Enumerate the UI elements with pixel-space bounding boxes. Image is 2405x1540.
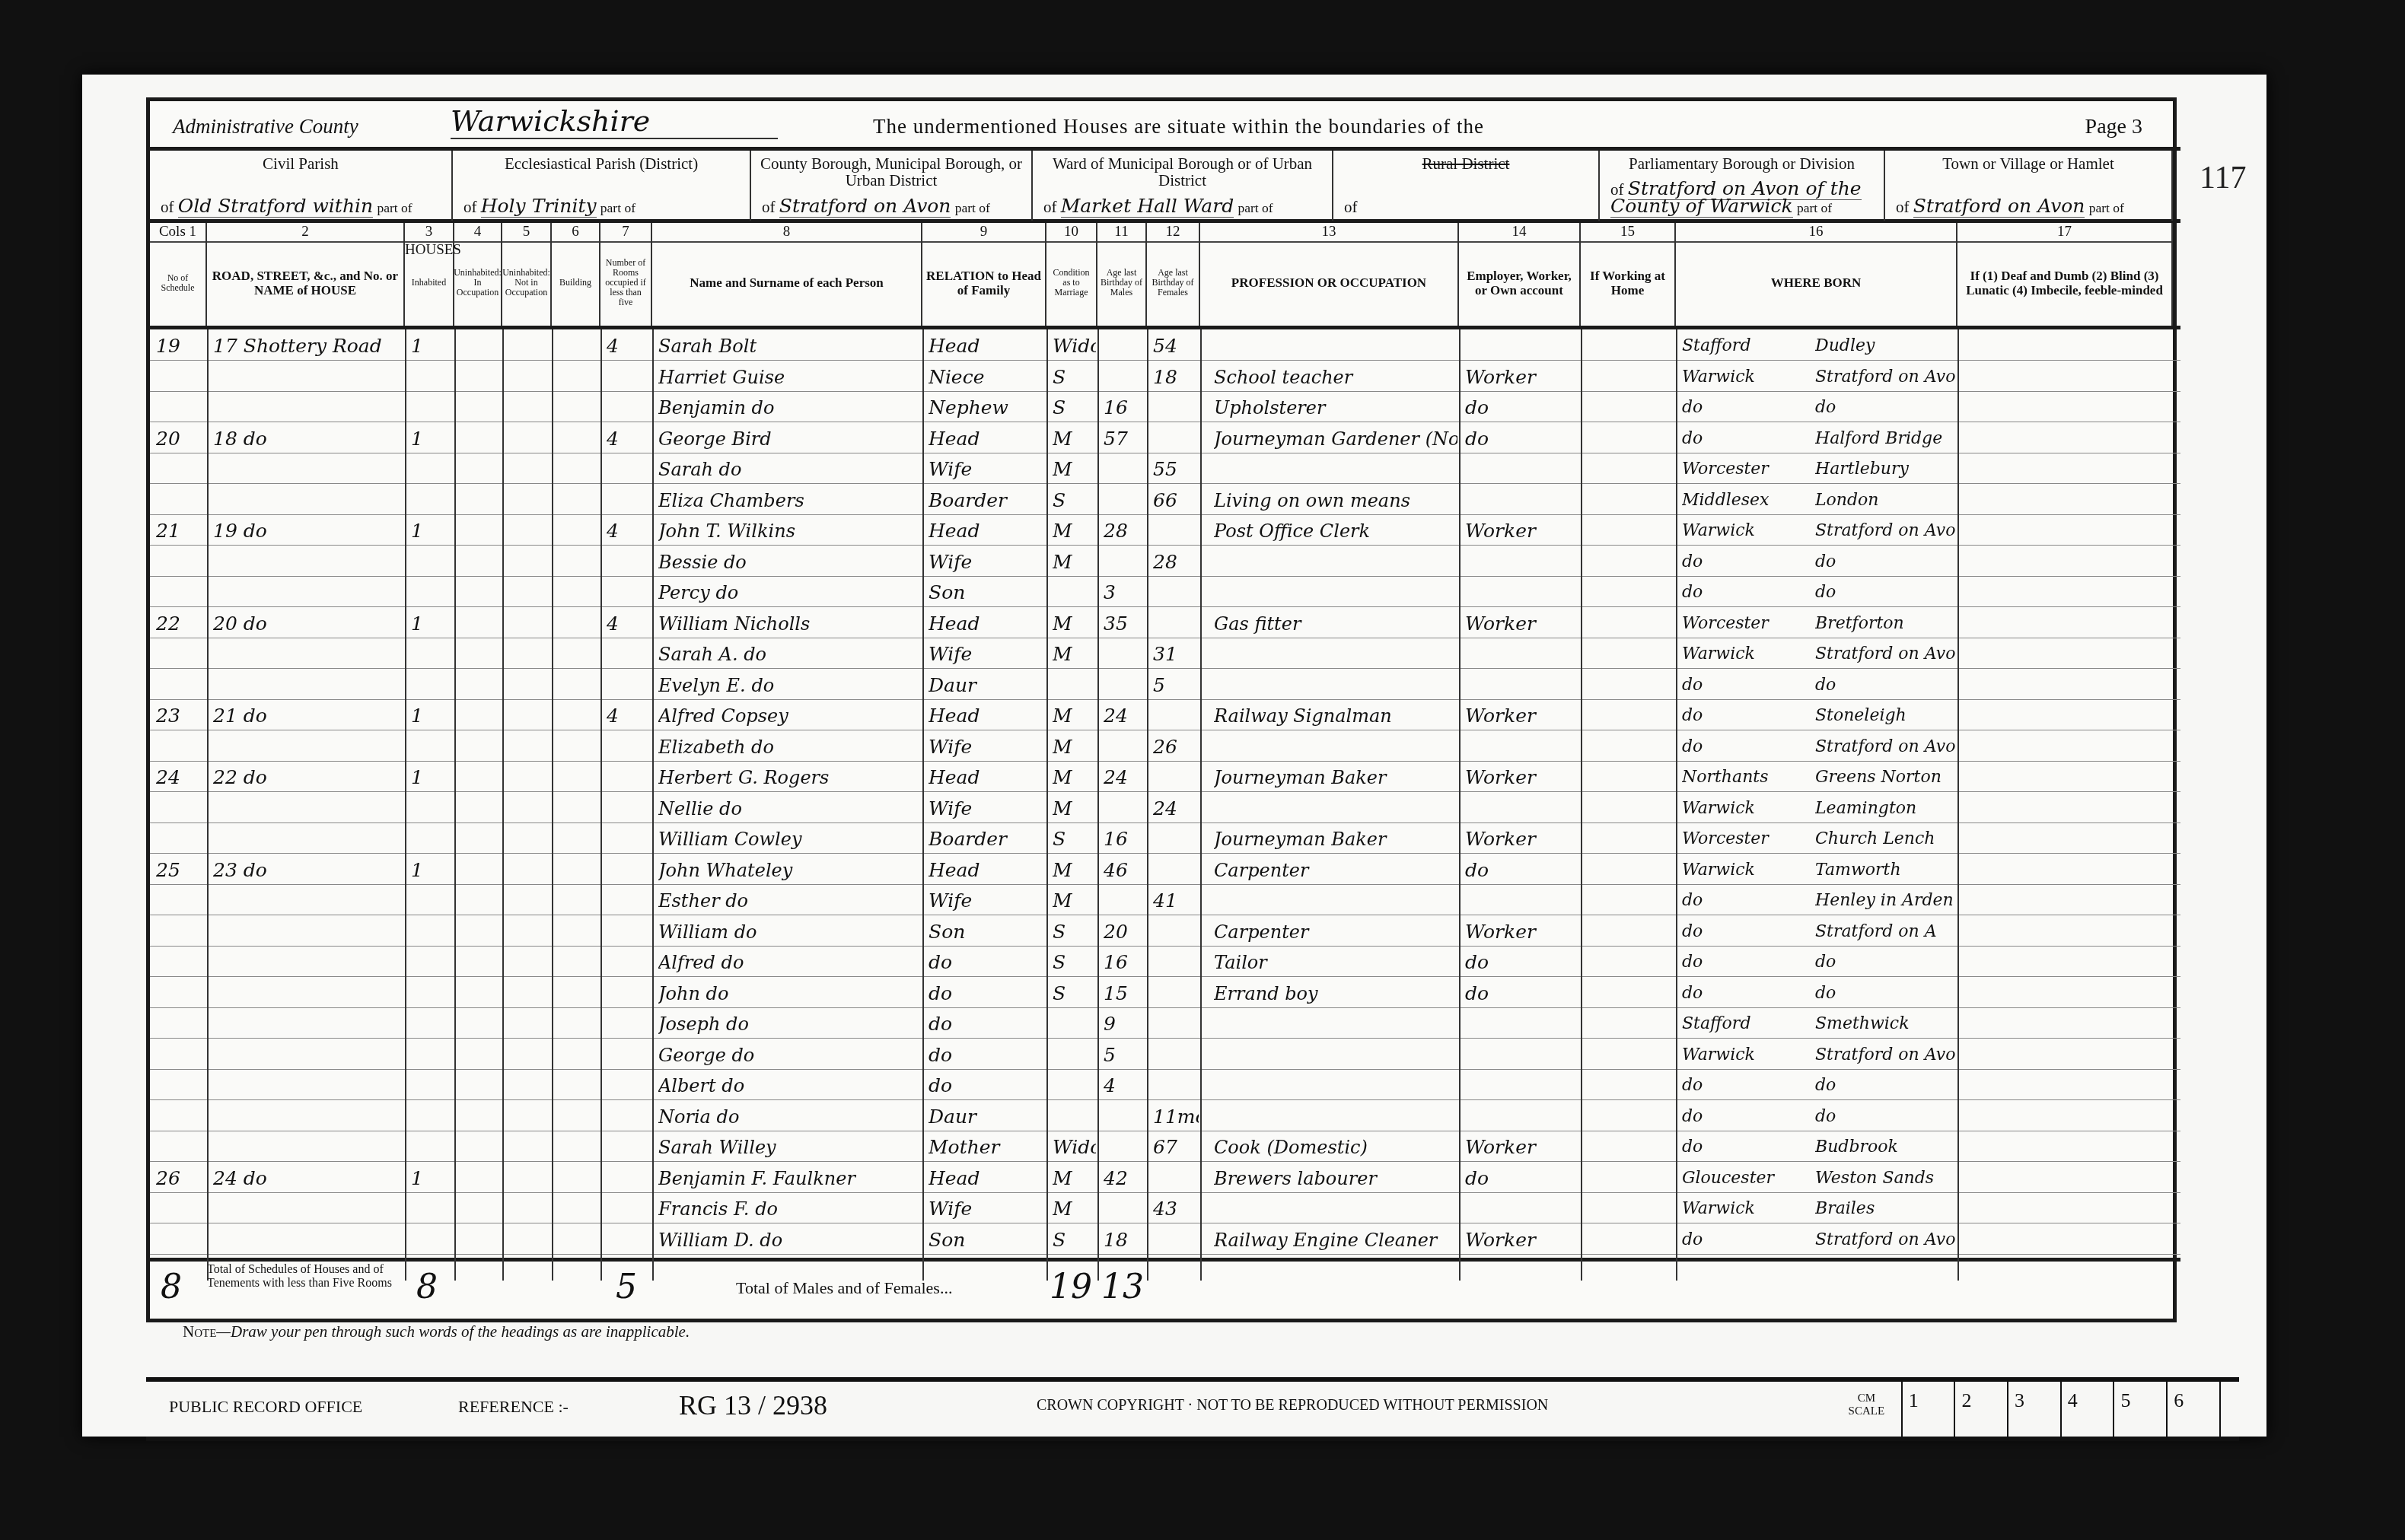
column-header-7: 7Number of Rooms occupied if less than f… <box>600 223 652 326</box>
birth-place: Leamington <box>1815 792 1956 822</box>
column-number: 17 <box>1957 223 2171 243</box>
birth-county: do <box>1682 977 1808 1007</box>
female-age: 11mo <box>1153 1100 1199 1131</box>
address <box>213 361 403 391</box>
boundary-title: Town or Village or Hamlet <box>1885 155 2171 172</box>
relation: Head <box>929 854 1045 884</box>
column-label: PROFESSION OR OCCUPATION <box>1200 243 1457 323</box>
employment <box>1465 884 1579 915</box>
column-label: Building <box>552 243 599 323</box>
person-name: Harriet Guise <box>658 361 921 391</box>
schedule-number: 26 <box>156 1162 205 1192</box>
birth-county: do <box>1682 391 1808 422</box>
rooms: 4 <box>607 329 651 360</box>
rooms <box>607 977 651 1007</box>
schedule-number: 21 <box>156 514 205 545</box>
column-number: Cols 1 <box>150 223 205 243</box>
address <box>213 822 403 853</box>
total-inhabited: 8 <box>416 1268 438 1306</box>
occupation <box>1214 730 1457 761</box>
male-age: 28 <box>1104 514 1145 545</box>
person-name: Alfred Copsey <box>658 699 921 730</box>
birth-place: do <box>1815 546 1956 576</box>
male-age: 4 <box>1104 1069 1145 1099</box>
inhabited <box>411 361 453 391</box>
male-age <box>1104 792 1145 822</box>
employment <box>1465 546 1579 576</box>
birth-county: Gloucester <box>1682 1162 1808 1192</box>
person-name: Sarah Willey <box>658 1131 921 1161</box>
condition: M <box>1053 761 1096 791</box>
column-label: If Working at Home <box>1581 243 1674 323</box>
address <box>213 1131 403 1161</box>
condition: S <box>1053 977 1096 1007</box>
occupation <box>1214 576 1457 606</box>
employment: Worker <box>1465 699 1579 730</box>
schedule-number <box>156 1100 205 1131</box>
birth-place: do <box>1815 1069 1956 1099</box>
schedule-number <box>156 453 205 483</box>
occupation <box>1214 1039 1457 1069</box>
inhabited <box>411 638 453 668</box>
birth-place: do <box>1815 669 1956 699</box>
scale-mark: 1 <box>1901 1382 1954 1437</box>
column-number: 6 <box>552 223 599 243</box>
address <box>213 1069 403 1099</box>
occupation: Railway Signalman <box>1214 699 1457 730</box>
male-age: 20 <box>1104 915 1145 946</box>
column-number: 11 <box>1097 223 1145 243</box>
reference-label: REFERENCE :- <box>458 1397 569 1417</box>
birth-county: Stafford <box>1682 1007 1808 1038</box>
rooms <box>607 576 651 606</box>
total-males: 19 <box>1050 1268 1092 1306</box>
birth-place: Weston Sands <box>1815 1162 1956 1192</box>
birth-county: do <box>1682 1223 1808 1254</box>
inhabited: 1 <box>411 1162 453 1192</box>
column-number: 12 <box>1147 223 1199 243</box>
female-age: 5 <box>1153 669 1199 699</box>
person-name: William do <box>658 915 921 946</box>
inhabited <box>411 1007 453 1038</box>
person-name: John do <box>658 977 921 1007</box>
column-number: 8 <box>652 223 921 243</box>
column-divider <box>552 329 553 1281</box>
birth-place: Henley in Arden <box>1815 884 1956 915</box>
boundary-value: of Holy Trinity part of <box>463 198 745 216</box>
inhabited <box>411 1223 453 1254</box>
relation: Wife <box>929 546 1045 576</box>
column-label: RELATION to Head of Family <box>922 243 1045 323</box>
female-age: 31 <box>1153 638 1199 668</box>
male-age: 16 <box>1104 822 1145 853</box>
boundary-4: Ward of Municipal Borough or of Urban Di… <box>1033 151 1333 221</box>
column-divider <box>405 329 406 1281</box>
column-header-17: 17If (1) Deaf and Dumb (2) Blind (3) Lun… <box>1957 223 2173 326</box>
female-age: 26 <box>1153 730 1199 761</box>
relation: Wife <box>929 730 1045 761</box>
female-age <box>1153 514 1199 545</box>
birth-place: Hartlebury <box>1815 453 1956 483</box>
relation: Wife <box>929 792 1045 822</box>
occupation: Cook (Domestic) <box>1214 1131 1457 1161</box>
birth-county: Warwick <box>1682 854 1808 884</box>
copyright-notice: CROWN COPYRIGHT · NOT TO BE REPRODUCED W… <box>1037 1397 1548 1414</box>
condition <box>1053 1100 1096 1131</box>
condition: M <box>1053 854 1096 884</box>
rooms <box>607 638 651 668</box>
total-schedules: 8 <box>161 1268 182 1306</box>
female-age <box>1153 699 1199 730</box>
boundary-2: Ecclesiastical Parish (District)of Holy … <box>453 151 751 221</box>
person-name: William Cowley <box>658 822 921 853</box>
occupation <box>1214 546 1457 576</box>
birth-place: do <box>1815 977 1956 1007</box>
inhabited: 1 <box>411 699 453 730</box>
occupation: Errand boy <box>1214 977 1457 1007</box>
column-divider <box>1046 329 1048 1281</box>
relation: Head <box>929 514 1045 545</box>
rooms: 4 <box>607 607 651 638</box>
male-age <box>1104 546 1145 576</box>
male-age: 46 <box>1104 854 1145 884</box>
birth-county: Middlesex <box>1682 484 1808 514</box>
inhabited <box>411 1192 453 1223</box>
birth-county: do <box>1682 422 1808 453</box>
female-age <box>1153 854 1199 884</box>
person-name: Sarah Bolt <box>658 329 921 360</box>
inhabited: 1 <box>411 422 453 453</box>
birth-place: Halford Bridge <box>1815 422 1956 453</box>
person-name: William Nicholls <box>658 607 921 638</box>
occupation: Brewers labourer <box>1214 1162 1457 1192</box>
employment: Worker <box>1465 1223 1579 1254</box>
column-header-2: 2ROAD, STREET, &c., and No. or NAME of H… <box>207 223 405 326</box>
birth-county: do <box>1682 669 1808 699</box>
column-number: 9 <box>922 223 1045 243</box>
condition <box>1053 1007 1096 1038</box>
person-name: Bessie do <box>658 546 921 576</box>
rooms <box>607 730 651 761</box>
rooms: 4 <box>607 699 651 730</box>
occupation: Journeyman Gardener (Not Domestic) <box>1214 422 1457 453</box>
schedule-number: 24 <box>156 761 205 791</box>
column-number: 5 <box>502 223 550 243</box>
note-text: —Draw your pen through such words of the… <box>216 1322 690 1341</box>
address <box>213 915 403 946</box>
schedule-number <box>156 638 205 668</box>
column-divider <box>1957 329 1959 1281</box>
column-label: If (1) Deaf and Dumb (2) Blind (3) Lunat… <box>1957 243 2171 323</box>
birth-county: Warwick <box>1682 792 1808 822</box>
inhabited: 1 <box>411 854 453 884</box>
employment: Worker <box>1465 1131 1579 1161</box>
rooms <box>607 1039 651 1069</box>
female-age: 18 <box>1153 361 1199 391</box>
employment: Worker <box>1465 761 1579 791</box>
employment: do <box>1465 946 1579 976</box>
employment <box>1465 329 1579 360</box>
rooms <box>607 546 651 576</box>
column-number: 2 <box>207 223 403 243</box>
schedule-number <box>156 484 205 514</box>
male-age: 16 <box>1104 946 1145 976</box>
employment: do <box>1465 391 1579 422</box>
page-number: Page 3 <box>2085 115 2142 139</box>
birth-county: Warwick <box>1682 638 1808 668</box>
schedule-number <box>156 391 205 422</box>
birth-county: do <box>1682 1100 1808 1131</box>
condition: S <box>1053 361 1096 391</box>
column-divider <box>1581 329 1582 1281</box>
inhabited <box>411 576 453 606</box>
condition <box>1053 1039 1096 1069</box>
schedule-number: 19 <box>156 329 205 360</box>
condition <box>1053 1069 1096 1099</box>
address <box>213 792 403 822</box>
female-age <box>1153 1162 1199 1192</box>
condition: M <box>1053 884 1096 915</box>
male-age <box>1104 453 1145 483</box>
person-name: Esther do <box>658 884 921 915</box>
address <box>213 1100 403 1131</box>
total-males-females-label: Total of Males and of Females... <box>736 1278 952 1298</box>
inhabited <box>411 915 453 946</box>
schedule-number: 20 <box>156 422 205 453</box>
birth-county: do <box>1682 546 1808 576</box>
inhabited <box>411 730 453 761</box>
male-age <box>1104 361 1145 391</box>
column-header-5: 5Uninhabited: Not in Occupation <box>502 223 552 326</box>
scale-mark: 5 <box>2113 1382 2166 1437</box>
occupation <box>1214 669 1457 699</box>
schedule-number <box>156 792 205 822</box>
rooms: 4 <box>607 422 651 453</box>
male-age <box>1104 484 1145 514</box>
address <box>213 1007 403 1038</box>
person-name: Elizabeth do <box>658 730 921 761</box>
relation: Head <box>929 329 1045 360</box>
condition: M <box>1053 638 1096 668</box>
boundary-value: of <box>1344 198 1594 216</box>
male-age <box>1104 1100 1145 1131</box>
address: 22 do <box>213 761 403 791</box>
scale-mark <box>2219 1382 2273 1437</box>
schedule-number <box>156 915 205 946</box>
condition <box>1053 669 1096 699</box>
female-age: 54 <box>1153 329 1199 360</box>
person-name: John Whateley <box>658 854 921 884</box>
employment <box>1465 1100 1579 1131</box>
column-divider <box>600 329 602 1281</box>
inhabited <box>411 453 453 483</box>
address: 19 do <box>213 514 403 545</box>
relation: Head <box>929 422 1045 453</box>
column-headers: Cols 1No of Schedule2ROAD, STREET, &c., … <box>150 223 2180 329</box>
condition: M <box>1053 422 1096 453</box>
schedule-number: 22 <box>156 607 205 638</box>
female-age <box>1153 822 1199 853</box>
scale-mark: 2 <box>1954 1382 2007 1437</box>
column-divider <box>1459 329 1461 1281</box>
male-age <box>1104 884 1145 915</box>
occupation <box>1214 884 1457 915</box>
inhabited: 1 <box>411 761 453 791</box>
rooms <box>607 1131 651 1161</box>
column-label: Age last Birthday of Males <box>1097 243 1145 323</box>
birth-place: Church Lench <box>1815 822 1956 853</box>
address <box>213 546 403 576</box>
schedule-number: 23 <box>156 699 205 730</box>
column-header-10: 10Condition as to Marriage <box>1046 223 1097 326</box>
employment <box>1465 576 1579 606</box>
rooms <box>607 854 651 884</box>
male-age <box>1104 329 1145 360</box>
person-name: Nellie do <box>658 792 921 822</box>
condition: M <box>1053 1162 1096 1192</box>
male-age: 18 <box>1104 1223 1145 1254</box>
rooms <box>607 946 651 976</box>
address: 21 do <box>213 699 403 730</box>
boundary-title: County Borough, Municipal Borough, or Ur… <box>751 155 1031 189</box>
total-schedules-label: Total of Schedules of Houses and of Tene… <box>207 1263 413 1290</box>
birth-county: do <box>1682 699 1808 730</box>
employment <box>1465 638 1579 668</box>
relation: do <box>929 946 1045 976</box>
column-number: 3 HOUSES <box>405 223 453 243</box>
address <box>213 1223 403 1254</box>
female-age: 66 <box>1153 484 1199 514</box>
female-age <box>1153 422 1199 453</box>
person-name: Percy do <box>658 576 921 606</box>
birth-place: Dudley <box>1815 329 1956 360</box>
occupation: Journeyman Baker <box>1214 761 1457 791</box>
relation: Son <box>929 576 1045 606</box>
birth-county: Warwick <box>1682 361 1808 391</box>
inhabited <box>411 1069 453 1099</box>
archive-footer: PUBLIC RECORD OFFICE REFERENCE :- RG 13 … <box>146 1377 2239 1441</box>
employment <box>1465 1007 1579 1038</box>
inhabited <box>411 669 453 699</box>
condition: M <box>1053 607 1096 638</box>
rooms <box>607 884 651 915</box>
total-tenements: 5 <box>616 1268 637 1306</box>
column-number: 4 <box>454 223 501 243</box>
address <box>213 730 403 761</box>
birth-place: Stratford on Avon <box>1815 1039 1956 1069</box>
folio-number: 117 <box>2200 160 2246 196</box>
schedule-number <box>156 1007 205 1038</box>
birth-place: Greens Norton <box>1815 761 1956 791</box>
relation: Wife <box>929 638 1045 668</box>
column-number: 7 <box>600 223 651 243</box>
address: 17 Shottery Road <box>213 329 403 360</box>
inhabited <box>411 884 453 915</box>
occupation <box>1214 1192 1457 1223</box>
relation: Daur <box>929 1100 1045 1131</box>
relation: do <box>929 1069 1045 1099</box>
condition: S <box>1053 391 1096 422</box>
rooms <box>607 1007 651 1038</box>
birth-county: do <box>1682 576 1808 606</box>
birth-place: do <box>1815 1100 1956 1131</box>
census-form: Administrative County Warwickshire The u… <box>146 97 2177 1322</box>
occupation: Gas fitter <box>1214 607 1457 638</box>
boundary-title: Rural District <box>1333 155 1598 172</box>
employment: do <box>1465 854 1579 884</box>
boundaries-row: Civil Parishof Old Stratford within part… <box>150 147 2180 223</box>
relation: Niece <box>929 361 1045 391</box>
inhabited <box>411 1100 453 1131</box>
employment <box>1465 792 1579 822</box>
person-name: Evelyn E. do <box>658 669 921 699</box>
address <box>213 391 403 422</box>
boundary-title: Parliamentary Borough or Division <box>1600 155 1884 172</box>
person-name: Alfred do <box>658 946 921 976</box>
boundary-7: Town or Village or Hamletof Stratford on… <box>1885 151 2173 221</box>
employment <box>1465 730 1579 761</box>
occupation <box>1214 329 1457 360</box>
schedule-number <box>156 576 205 606</box>
inhabited <box>411 792 453 822</box>
male-age: 35 <box>1104 607 1145 638</box>
column-label: Uninhabited: In Occupation <box>454 243 501 323</box>
boundary-value: of Old Stratford within part of <box>161 198 447 216</box>
boundaries-statement: The undermentioned Houses are situate wi… <box>873 115 1484 138</box>
occupation: Railway Engine Cleaner <box>1214 1223 1457 1254</box>
male-age: 24 <box>1104 761 1145 791</box>
relation: do <box>929 977 1045 1007</box>
address <box>213 484 403 514</box>
schedule-number <box>156 546 205 576</box>
employment: Worker <box>1465 361 1579 391</box>
rooms <box>607 1223 651 1254</box>
condition: Widow <box>1053 329 1096 360</box>
inhabited <box>411 391 453 422</box>
schedule-number <box>156 1069 205 1099</box>
birth-county: do <box>1682 884 1808 915</box>
column-header-cols-1: Cols 1No of Schedule <box>150 223 207 326</box>
female-age: 67 <box>1153 1131 1199 1161</box>
inhabited <box>411 1131 453 1161</box>
boundary-value: of Stratford on Avon of the County of Wa… <box>1610 180 1879 216</box>
column-header-13: 13PROFESSION OR OCCUPATION <box>1200 223 1459 326</box>
relation: Son <box>929 1223 1045 1254</box>
rooms <box>607 391 651 422</box>
column-label: Age last Birthday of Females <box>1147 243 1199 323</box>
inhabited <box>411 822 453 853</box>
address <box>213 669 403 699</box>
male-age: 42 <box>1104 1162 1145 1192</box>
relation: Head <box>929 1162 1045 1192</box>
schedule-number <box>156 1131 205 1161</box>
birth-county: Warwick <box>1682 514 1808 545</box>
address <box>213 1192 403 1223</box>
condition: S <box>1053 915 1096 946</box>
column-label: ROAD, STREET, &c., and No. or NAME of HO… <box>207 243 403 323</box>
female-age <box>1153 1039 1199 1069</box>
boundary-value: of Market Hall Ward part of <box>1043 198 1327 216</box>
note: Note—Draw your pen through such words of… <box>183 1322 690 1341</box>
column-label: Condition as to Marriage <box>1046 243 1096 323</box>
birth-place: Brailes <box>1815 1192 1956 1223</box>
column-divider <box>454 329 456 1281</box>
column-divider <box>502 329 504 1281</box>
condition: S <box>1053 946 1096 976</box>
birth-place: Smethwick <box>1815 1007 1956 1038</box>
employment <box>1465 669 1579 699</box>
female-age <box>1153 576 1199 606</box>
